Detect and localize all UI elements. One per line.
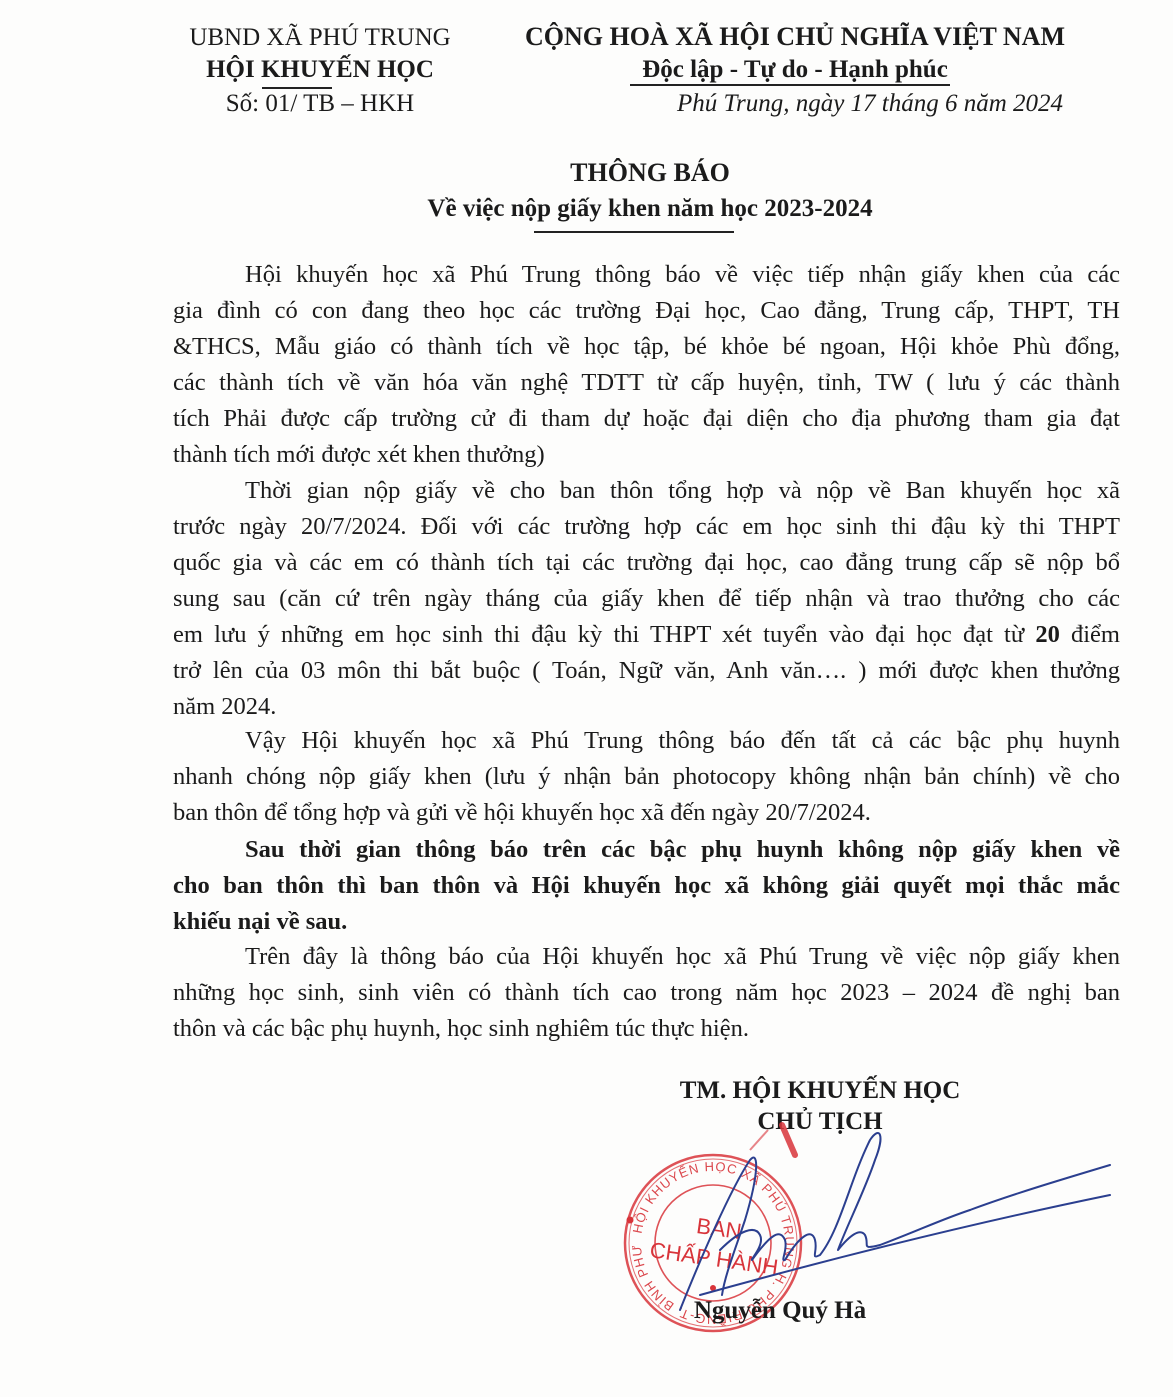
text-line: thôn và các bậc phụ huynh, học sinh nghi… bbox=[173, 1011, 1120, 1047]
document-number: Số: 01/ TB – HKH bbox=[170, 88, 470, 120]
document-subtitle: Về việc nộp giấy khen năm học 2023-2024 bbox=[350, 193, 950, 225]
text-line: &THCS, Mẫu giáo có thành tích về học tập… bbox=[173, 329, 1120, 365]
text-line: quốc gia và các em có thành tích tại các… bbox=[173, 545, 1120, 581]
text-line: Thời gian nộp giấy về cho ban thôn tổng … bbox=[245, 473, 1120, 509]
signatory-name: Nguyễn Quý Hà bbox=[620, 1297, 940, 1325]
national-motto: Độc lập - Tự do - Hạnh phúc bbox=[505, 54, 1085, 86]
text-line: nhanh chóng nộp giấy khen (lưu ý nhận bả… bbox=[173, 759, 1120, 795]
text-line: Vậy Hội khuyến học xã Phú Trung thông bá… bbox=[245, 723, 1120, 759]
issuing-organization: HỘI KHUYẾN HỌC bbox=[170, 54, 470, 86]
text-line: năm 2024. bbox=[173, 689, 1120, 725]
text-line: Hội khuyến học xã Phú Trung thông báo về… bbox=[245, 257, 1120, 293]
national-title: CỘNG HOÀ XÃ HỘI CHỦ NGHĨA VIỆT NAM bbox=[505, 21, 1085, 53]
text-line: các thành tích về văn hóa văn nghệ TDTT … bbox=[173, 365, 1120, 401]
text-line: thành tích mới được xét khen thưởng) bbox=[173, 437, 1120, 473]
text-line: những học sinh, sinh viên có thành tích … bbox=[173, 975, 1120, 1011]
text-segment: điểm bbox=[1060, 621, 1120, 648]
text-line: sung sau (căn cứ trên ngày tháng của giấ… bbox=[173, 581, 1120, 617]
text-line: cho ban thôn thì ban thôn và Hội khuyến … bbox=[173, 868, 1120, 904]
subtitle-underline bbox=[534, 231, 734, 233]
text-line: Sau thời gian thông báo trên các bậc phụ… bbox=[245, 832, 1120, 868]
signatory-on-behalf: TM. HỘI KHUYẾN HỌC bbox=[620, 1077, 1020, 1105]
text-line: Trên đây là thông báo của Hội khuyến học… bbox=[245, 939, 1120, 975]
minimum-score: 20 bbox=[1035, 621, 1060, 648]
place-and-date: Phú Trung, ngày 17 tháng 6 năm 2024 bbox=[610, 88, 1130, 120]
text-line: gia đình có con đang theo học các trường… bbox=[173, 293, 1120, 329]
motto-underline bbox=[630, 84, 950, 86]
issuing-authority: UBND XÃ PHÚ TRUNG bbox=[170, 22, 470, 54]
text-segment: em lưu ý những em học sinh thi đậu kỳ th… bbox=[173, 621, 1035, 648]
text-line: ban thôn để tổng hợp và gửi về hội khuyế… bbox=[173, 795, 1120, 831]
text-line: tích Phải được cấp trường cử đi tham dự … bbox=[173, 401, 1120, 437]
text-line: trước ngày 20/7/2024. Đối với các trường… bbox=[173, 509, 1120, 545]
text-line: khiếu nại về sau. bbox=[173, 904, 1120, 940]
text-line: trở lên của 03 môn thi bắt buộc ( Toán, … bbox=[173, 653, 1120, 689]
text-line-with-bold-score: em lưu ý những em học sinh thi đậu kỳ th… bbox=[173, 617, 1120, 653]
document-title: THÔNG BÁO bbox=[400, 157, 900, 189]
